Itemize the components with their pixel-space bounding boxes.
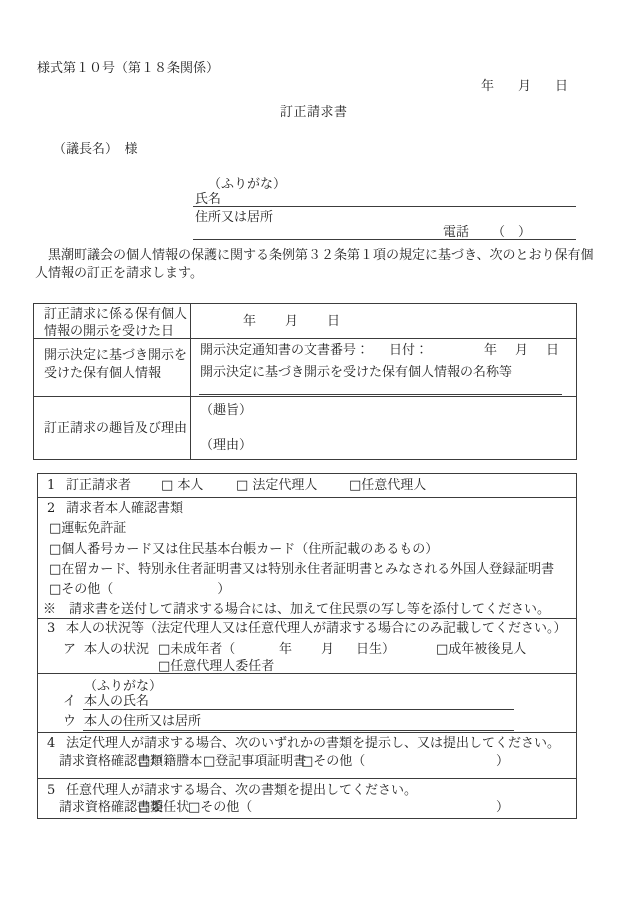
doc-number-label: 開示決定通知書の文書番号： [200, 344, 369, 357]
minor-birth-day: 日生） [356, 643, 395, 656]
disclosed-info-name-label: 開示決定に基づき開示を受けた保有個人情報の名称等 [200, 366, 512, 379]
checkbox-family-register[interactable]: □戸籍謄本 [138, 755, 202, 768]
section5-number: 5 [47, 784, 55, 797]
section2-title: 請求者本人確認書類 [66, 502, 183, 515]
furigana-label: （ふりがな） [208, 178, 286, 191]
checklist-divider-5 [38, 778, 576, 779]
principal-address-fill-line[interactable] [83, 729, 514, 731]
disclosure-date-label-line1: 訂正請求に係る保有個人 [44, 308, 187, 321]
request-table-col-divider [190, 304, 191, 459]
intro-line-1: 黒潮町議会の個人情報の保護に関する条例第３２条第１項の規定に基づき、次のとおり保… [35, 249, 593, 262]
minor-birth-year: 年 [279, 643, 292, 656]
doc-date-label: 日付： [389, 344, 428, 357]
section3-title: 本人の状況等（法定代理人又は任意代理人が請求する場合にのみ記載してください。） [66, 622, 567, 635]
checkbox-drivers-license[interactable]: □運転免許証 [49, 522, 126, 535]
checkbox-requester-self[interactable]: □ 本人 [161, 479, 203, 492]
section5-title: 任意代理人が請求する場合、次の書類を提出してください。 [66, 784, 417, 797]
section3-item-b-title: 本人の氏名 [84, 695, 149, 708]
header-date-month: 月 [518, 80, 531, 93]
minor-birth-month: 月 [321, 643, 334, 656]
checklist-divider-3 [38, 673, 576, 674]
doc-date-year: 年 [484, 344, 497, 357]
checkbox-residence-card[interactable]: □在留カード、特別永住者証明書又は特別永住者証明書とみなされる外国人登録証明書 [49, 563, 554, 576]
section5-close-paren: ） [496, 801, 509, 814]
section2-number: 2 [47, 502, 55, 515]
disclosure-date-value: 年 月 日 [243, 315, 340, 328]
purport-label: （趣旨） [200, 404, 252, 417]
disclosed-info-label-line1: 開示決定に基づき開示を [44, 349, 187, 362]
section4-close-paren: ） [496, 755, 509, 768]
address-phone-fill-line[interactable] [193, 238, 576, 240]
page-title: 訂正請求書 [280, 106, 348, 119]
disclosed-info-label-line2: 受けた保有個人情報 [44, 367, 161, 380]
section1-number: 1 [47, 479, 55, 492]
form-page: 様式第１０号（第１８条関係） 年 月 日 訂正請求書 （議長名） 様 （ふりがな… [0, 0, 630, 903]
checkbox-minor[interactable]: □未成年者（ [158, 643, 235, 656]
request-table-row-divider-2 [34, 396, 576, 397]
checkbox-requester-voluntary-rep[interactable]: □任意代理人 [349, 479, 426, 492]
checkbox-adult-ward[interactable]: □成年被後見人 [436, 643, 526, 656]
name-fill-line[interactable] [193, 205, 576, 207]
addressee: （議長名） 様 [53, 143, 138, 156]
doc-date-day: 日 [546, 344, 559, 357]
disclosure-date-year: 年 [243, 315, 256, 328]
checkbox-requester-legal-rep[interactable]: □ 法定代理人 [236, 479, 317, 492]
section3-item-a-label: ア [63, 643, 76, 656]
doc-date-month: 月 [515, 344, 528, 357]
section3-item-a-title: 本人の状況 [84, 643, 149, 656]
section3-item-c-label: ウ [63, 715, 76, 728]
checkbox-power-of-attorney[interactable]: □委任状 [138, 801, 189, 814]
section3-number: 3 [47, 622, 55, 635]
checklist-divider-1 [38, 497, 576, 498]
intro-line-2: 人情報の訂正を請求します。 [35, 267, 203, 280]
request-table: 訂正請求に係る保有個人 情報の開示を受けた日 年 月 日 開示決定に基づき開示を… [33, 303, 577, 460]
header-date-year: 年 [481, 80, 494, 93]
disclosure-date-month: 月 [285, 315, 298, 328]
disclosure-date-day: 日 [327, 315, 340, 328]
address-label: 住所又は居所 [195, 211, 273, 224]
checkbox-section5-other[interactable]: □その他（ [188, 801, 252, 814]
section1-title: 訂正請求者 [66, 479, 131, 492]
checklist-table: 1 訂正請求者 □ 本人 □ 法定代理人 □任意代理人 2 請求者本人確認書類 … [37, 473, 577, 819]
header-date: 年 月 日 [481, 80, 568, 93]
disclosed-info-fill-line[interactable] [199, 393, 562, 395]
checkbox-registry-certificate[interactable]: □登記事項証明書 [203, 755, 306, 768]
section3-item-c-title: 本人の住所又は居所 [84, 715, 201, 728]
checkbox-mynumber-card[interactable]: □個人番号カード又は住民基本台帳カード（住所記載のあるもの） [49, 543, 438, 556]
disclosure-date-label-line2: 情報の開示を受けた日 [44, 325, 174, 338]
doc-date-value: 年 月 日 [484, 344, 559, 357]
checkbox-section4-other[interactable]: □その他（ [301, 755, 365, 768]
section3-item-b-label: イ [63, 695, 76, 708]
checkbox-voluntary-rep-delegator[interactable]: □任意代理人委任者 [158, 660, 274, 673]
header-date-day: 日 [555, 80, 568, 93]
checkbox-id-other[interactable]: □その他（ ） [49, 583, 230, 596]
reason-label: （理由） [200, 439, 252, 452]
form-number: 様式第１０号（第１８条関係） [37, 62, 219, 75]
section3-furigana-label: （ふりがな） [84, 680, 162, 693]
principal-name-fill-line[interactable] [83, 708, 514, 710]
checklist-divider-2 [38, 618, 576, 619]
section4-number: 4 [47, 737, 55, 750]
mailing-note: ※ 請求書を送付して請求する場合には、加えて住民票の写し等を添付してください。 [43, 603, 550, 616]
purport-reason-label: 訂正請求の趣旨及び理由 [44, 422, 187, 435]
section4-title: 法定代理人が請求する場合、次のいずれかの書類を提示し、又は提出してください。 [66, 737, 560, 750]
checklist-divider-4 [38, 732, 576, 733]
